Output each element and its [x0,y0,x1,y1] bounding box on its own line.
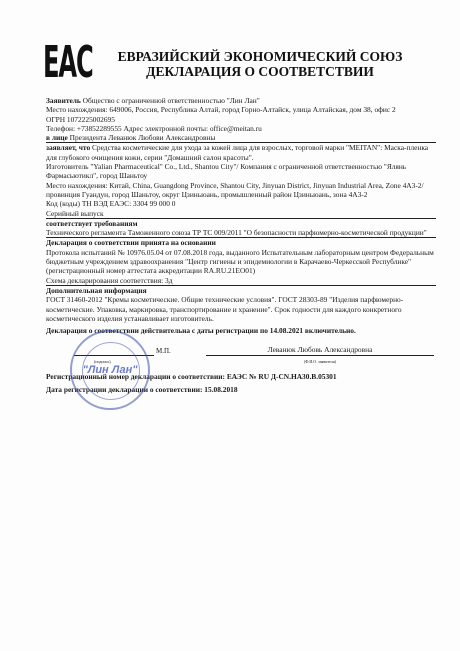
header-title-line1: ЕВРАЗИЙСКИЙ ЭКОНОМИЧЕСКИЙ СОЮЗ [110,49,410,64]
basis-label: Декларация о соответствии принята на осн… [46,238,436,247]
document-header: ЕВРАЗИЙСКИЙ ЭКОНОМИЧЕСКИЙ СОЮЗ ДЕКЛАРАЦИ… [110,49,410,79]
applicant-name: Общество с ограниченной ответственностью… [81,96,260,105]
additional-label: Дополнительная информация [46,286,436,295]
name-caption: (Ф.И.О. заявителя) [206,357,434,366]
eac-logo: EAC [43,42,83,84]
applicant-person: в лице Президента Леванюк Любови Алексан… [46,133,436,143]
hs-code: Код (коды) ТН ВЭД ЕАЭС: 3304 99 000 0 [46,199,436,208]
additional-text: ГОСТ 31460-2012 "Кремы косметические. Об… [46,295,436,323]
stamp-text: "Лин Лан" [72,364,148,376]
product-text: Средства косметические для ухода за коже… [46,143,428,161]
applicant-address: Место нахождения: 649006, Россия, Респуб… [46,105,436,114]
declaration-page: EAC ЕВРАЗИЙСКИЙ ЭКОНОМИЧЕСКИЙ СОЮЗ ДЕКЛА… [0,0,460,651]
manufacturer: Изготовитель "Yalian Pharmaceutical" Co.… [46,162,436,181]
declares-label: заявляет, что [46,143,90,152]
applicant-ogrn: ОГРН 1072225002695 [46,115,436,124]
seal-place-label: М.П. [156,347,171,356]
manufacturer-address: Место нахождения: Китай, China, Guangdon… [46,181,436,200]
applicant-label: Заявитель [46,96,81,105]
name-line [206,355,434,356]
applicant-line: Заявитель Общество с ограниченной ответс… [46,96,436,105]
company-stamp: "Лин Лан" [70,330,150,410]
declares-product: заявляет, что Средства косметические для… [46,143,436,162]
basis-scheme: Схема декларирования соответствия: 3д [46,276,436,286]
basis-text: Протокола испытаний № 10976.05.04 от 07.… [46,248,436,276]
requirements-label: соответствует требованиям [46,219,436,228]
signer-name: Леванюк Любовь Александровна [206,345,434,354]
eac-mark-icon: EAC [43,42,93,84]
header-title-line2: ДЕКЛАРАЦИЯ О СООТВЕТСТВИИ [110,64,410,79]
series: Серийный выпуск [46,209,436,219]
person-name: Президента Леванюк Любови Александровны [68,133,216,142]
requirements-text: Технического регламента Таможенного союз… [46,228,436,238]
applicant-contacts: Телефон: +73852289555 Адрес электронной … [46,124,436,133]
person-label: в лице [46,133,68,142]
